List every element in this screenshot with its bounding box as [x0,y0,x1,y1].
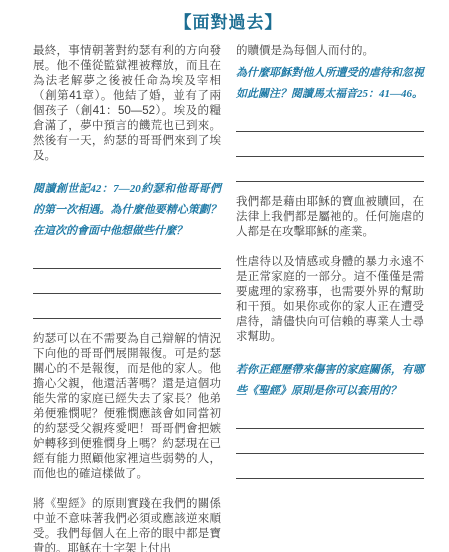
body-paragraph: 最終，事情朝著對約瑟有利的方向發展。他不僅從監獄裡被釋放，而且在為法老解夢之後被… [33,44,221,164]
answer-lines-block [236,404,424,479]
answer-line [236,107,424,132]
answer-line [236,404,424,429]
answer-line [236,132,424,157]
body-paragraph: 我們都是藉由耶穌的寶血被贖回，在法律上我們都是屬祂的。任何施虐的人都是在攻擊耶穌… [236,195,424,240]
answer-line [33,294,221,319]
body-paragraph: 將《聖經》的原則實踐在我們的關係中並不意味著我們必須或應該逆來順受。我們每個人在… [33,497,221,552]
answer-line [236,429,424,454]
body-paragraph: 的贖價是為每個人而付的。 [236,44,424,59]
right-column: 的贖價是為每個人而付的。 為什麼耶穌對他人所遭受的虐待和忽視如此關注？閱讀馬太福… [236,44,424,552]
answer-line [33,244,221,269]
study-question: 閱讀創世記42：7—20約瑟和他哥哥們的第一次相遇。為什麼他要精心策劃？在這次的… [33,179,221,242]
workbook-page: 【面對過去】 最終，事情朝著對約瑟有利的方向發展。他不僅從監獄裡被釋放，而且在為… [0,0,449,552]
study-question: 為什麼耶穌對他人所遭受的虐待和忽視如此關注？閱讀馬太福音25：41—46。 [236,63,424,105]
answer-line [236,157,424,182]
left-column: 最終，事情朝著對約瑟有利的方向發展。他不僅從監獄裡被釋放，而且在為法老解夢之後被… [33,44,221,552]
answer-line [236,454,424,479]
study-question: 若你正經歷帶來傷害的家庭關係，有哪些《聖經》原則是你可以套用的？ [236,360,424,402]
page-title: 【面對過去】 [33,8,424,33]
two-column-layout: 最終，事情朝著對約瑟有利的方向發展。他不僅從監獄裡被釋放，而且在為法老解夢之後被… [33,44,424,552]
body-paragraph: 性虐待以及情感或身體的暴力永遠不是正常家庭的一部分。這不僅僅是需要處理的家務事，… [236,255,424,345]
body-paragraph: 約瑟可以在不需要為自己辯解的情況下向他的哥哥們展開報復。可是約瑟關心的不是報復，… [33,332,221,482]
answer-line [33,269,221,294]
answer-lines-block [33,244,221,319]
answer-lines-block [236,107,424,182]
